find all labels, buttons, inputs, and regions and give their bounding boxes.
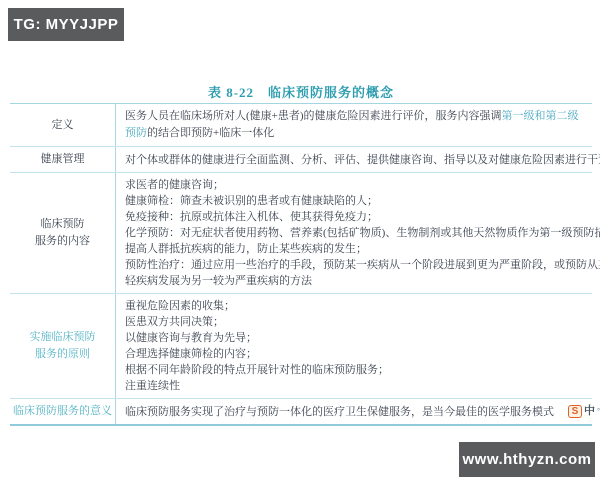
row-content-health-management: 对个体或群体的健康进行全面监测、分析、评估、提供健康咨询、指导以及对健康危险因素… bbox=[116, 147, 600, 172]
row-content-service-content: 求医者的健康咨询； 健康筛检：筛查未被识别的患者或有健康缺陷的人； 免疫接种：抗… bbox=[116, 173, 600, 293]
table-row-service-content: 临床预防 服务的内容 求医者的健康咨询； 健康筛检：筛查未被识别的患者或有健康缺… bbox=[10, 173, 592, 294]
content-line: 预防性治疗：通过应用一些治疗的手段，预防某一疾病从一个阶段进展到更为严重阶段，或… bbox=[125, 257, 600, 273]
health-management-text: 对个体或群体的健康进行全面监测、分析、评估、提供健康咨询、指导以及对健康危险因素… bbox=[125, 152, 600, 168]
principle-line: 以健康咨询与教育为先导； bbox=[125, 330, 586, 346]
principle-line: 根据不同年龄阶段的特点开展针对性的临床预防服务； bbox=[125, 362, 586, 378]
table-row-health-management: 健康管理 对个体或群体的健康进行全面监测、分析、评估、提供健康咨询、指导以及对健… bbox=[10, 147, 592, 173]
table-row-principles: 实施临床预防 服务的原则 重视危险因素的收集； 医患双方共同决策； 以健康咨询与… bbox=[10, 294, 592, 399]
tg-watermark-badge: TG: MYYJJPP bbox=[8, 8, 124, 41]
table-row-definition: 定义 医务人员在临床场所对人(健康+患者)的健康危险因素进行评价，服务内容强调第… bbox=[10, 104, 592, 147]
site-watermark-badge: www.hthyzn.com bbox=[459, 442, 595, 477]
row-content-meaning: 临床预防服务实现了治疗与预防一体化的医疗卫生保健服务，是当今最佳的医学服务模式 … bbox=[116, 399, 600, 424]
row-header-meaning: 临床预防服务的意义 bbox=[10, 399, 116, 424]
definition-text-pre: 医务人员在临床场所对人(健康+患者)的健康危险因素进行评价，服务内容强调 bbox=[125, 110, 502, 122]
row-content-principles: 重视危险因素的收集； 医患双方共同决策； 以健康咨询与教育为先导； 合理选择健康… bbox=[116, 294, 592, 398]
site-watermark-text: www.hthyzn.com bbox=[463, 451, 592, 468]
principle-line: 医患双方共同决策； bbox=[125, 314, 586, 330]
content-line: 求医者的健康咨询； bbox=[125, 177, 600, 193]
textbook-page: TG: MYYJJPP 表 8-22 临床预防服务的概念 定义 医务人员在临床场… bbox=[0, 0, 600, 480]
content-line: 提高人群抵抗疾病的能力，防止某些疾病的发生； bbox=[125, 241, 600, 257]
content-line: 化学预防：对无症状者使用药物、营养素(包括矿物质)、生物制剂或其他天然物质作为第… bbox=[125, 225, 600, 241]
s-logo-icon: S bbox=[568, 405, 582, 418]
row-header-principles: 实施临床预防 服务的原则 bbox=[10, 294, 116, 398]
content-line: 健康筛检：筛查未被识别的患者或有健康缺陷的人； bbox=[125, 193, 600, 209]
publisher-logo-char: 中 bbox=[584, 403, 595, 420]
content-line: 免疫接种：抗原或抗体注入机体、使其获得免疫力； bbox=[125, 209, 600, 225]
definition-text: 医务人员在临床场所对人(健康+患者)的健康危险因素进行评价，服务内容强调第一级和… bbox=[125, 108, 586, 142]
content-line: 轻疾病发展为另一较为严重疾病的方法 bbox=[125, 273, 600, 289]
clinical-prevention-table: 定义 医务人员在临床场所对人(健康+患者)的健康危险因素进行评价，服务内容强调第… bbox=[10, 103, 592, 426]
table-row-meaning: 临床预防服务的意义 临床预防服务实现了治疗与预防一体化的医疗卫生保健服务，是当今… bbox=[10, 399, 592, 424]
table-title: 表 8-22 临床预防服务的概念 bbox=[10, 82, 592, 101]
principle-line: 注重连续性 bbox=[125, 378, 586, 394]
row-content-definition: 医务人员在临床场所对人(健康+患者)的健康危险因素进行评价，服务内容强调第一级和… bbox=[116, 104, 592, 146]
tg-watermark-text: TG: MYYJJPP bbox=[14, 16, 119, 33]
principle-line: 合理选择健康筛检的内容； bbox=[125, 346, 586, 362]
meaning-text: 临床预防服务实现了治疗与预防一体化的医疗卫生保健服务，是当今最佳的医学服务模式 bbox=[125, 404, 554, 420]
row-header-health-management: 健康管理 bbox=[10, 147, 116, 172]
row-header-service-content: 临床预防 服务的内容 bbox=[10, 173, 116, 293]
row-header-definition: 定义 bbox=[10, 104, 116, 146]
definition-text-post: 的结合即预防+临床一体化 bbox=[147, 127, 274, 139]
principle-line: 重视危险因素的收集； bbox=[125, 298, 586, 314]
publisher-logo: S 中 °, ◎ bbox=[568, 403, 600, 420]
